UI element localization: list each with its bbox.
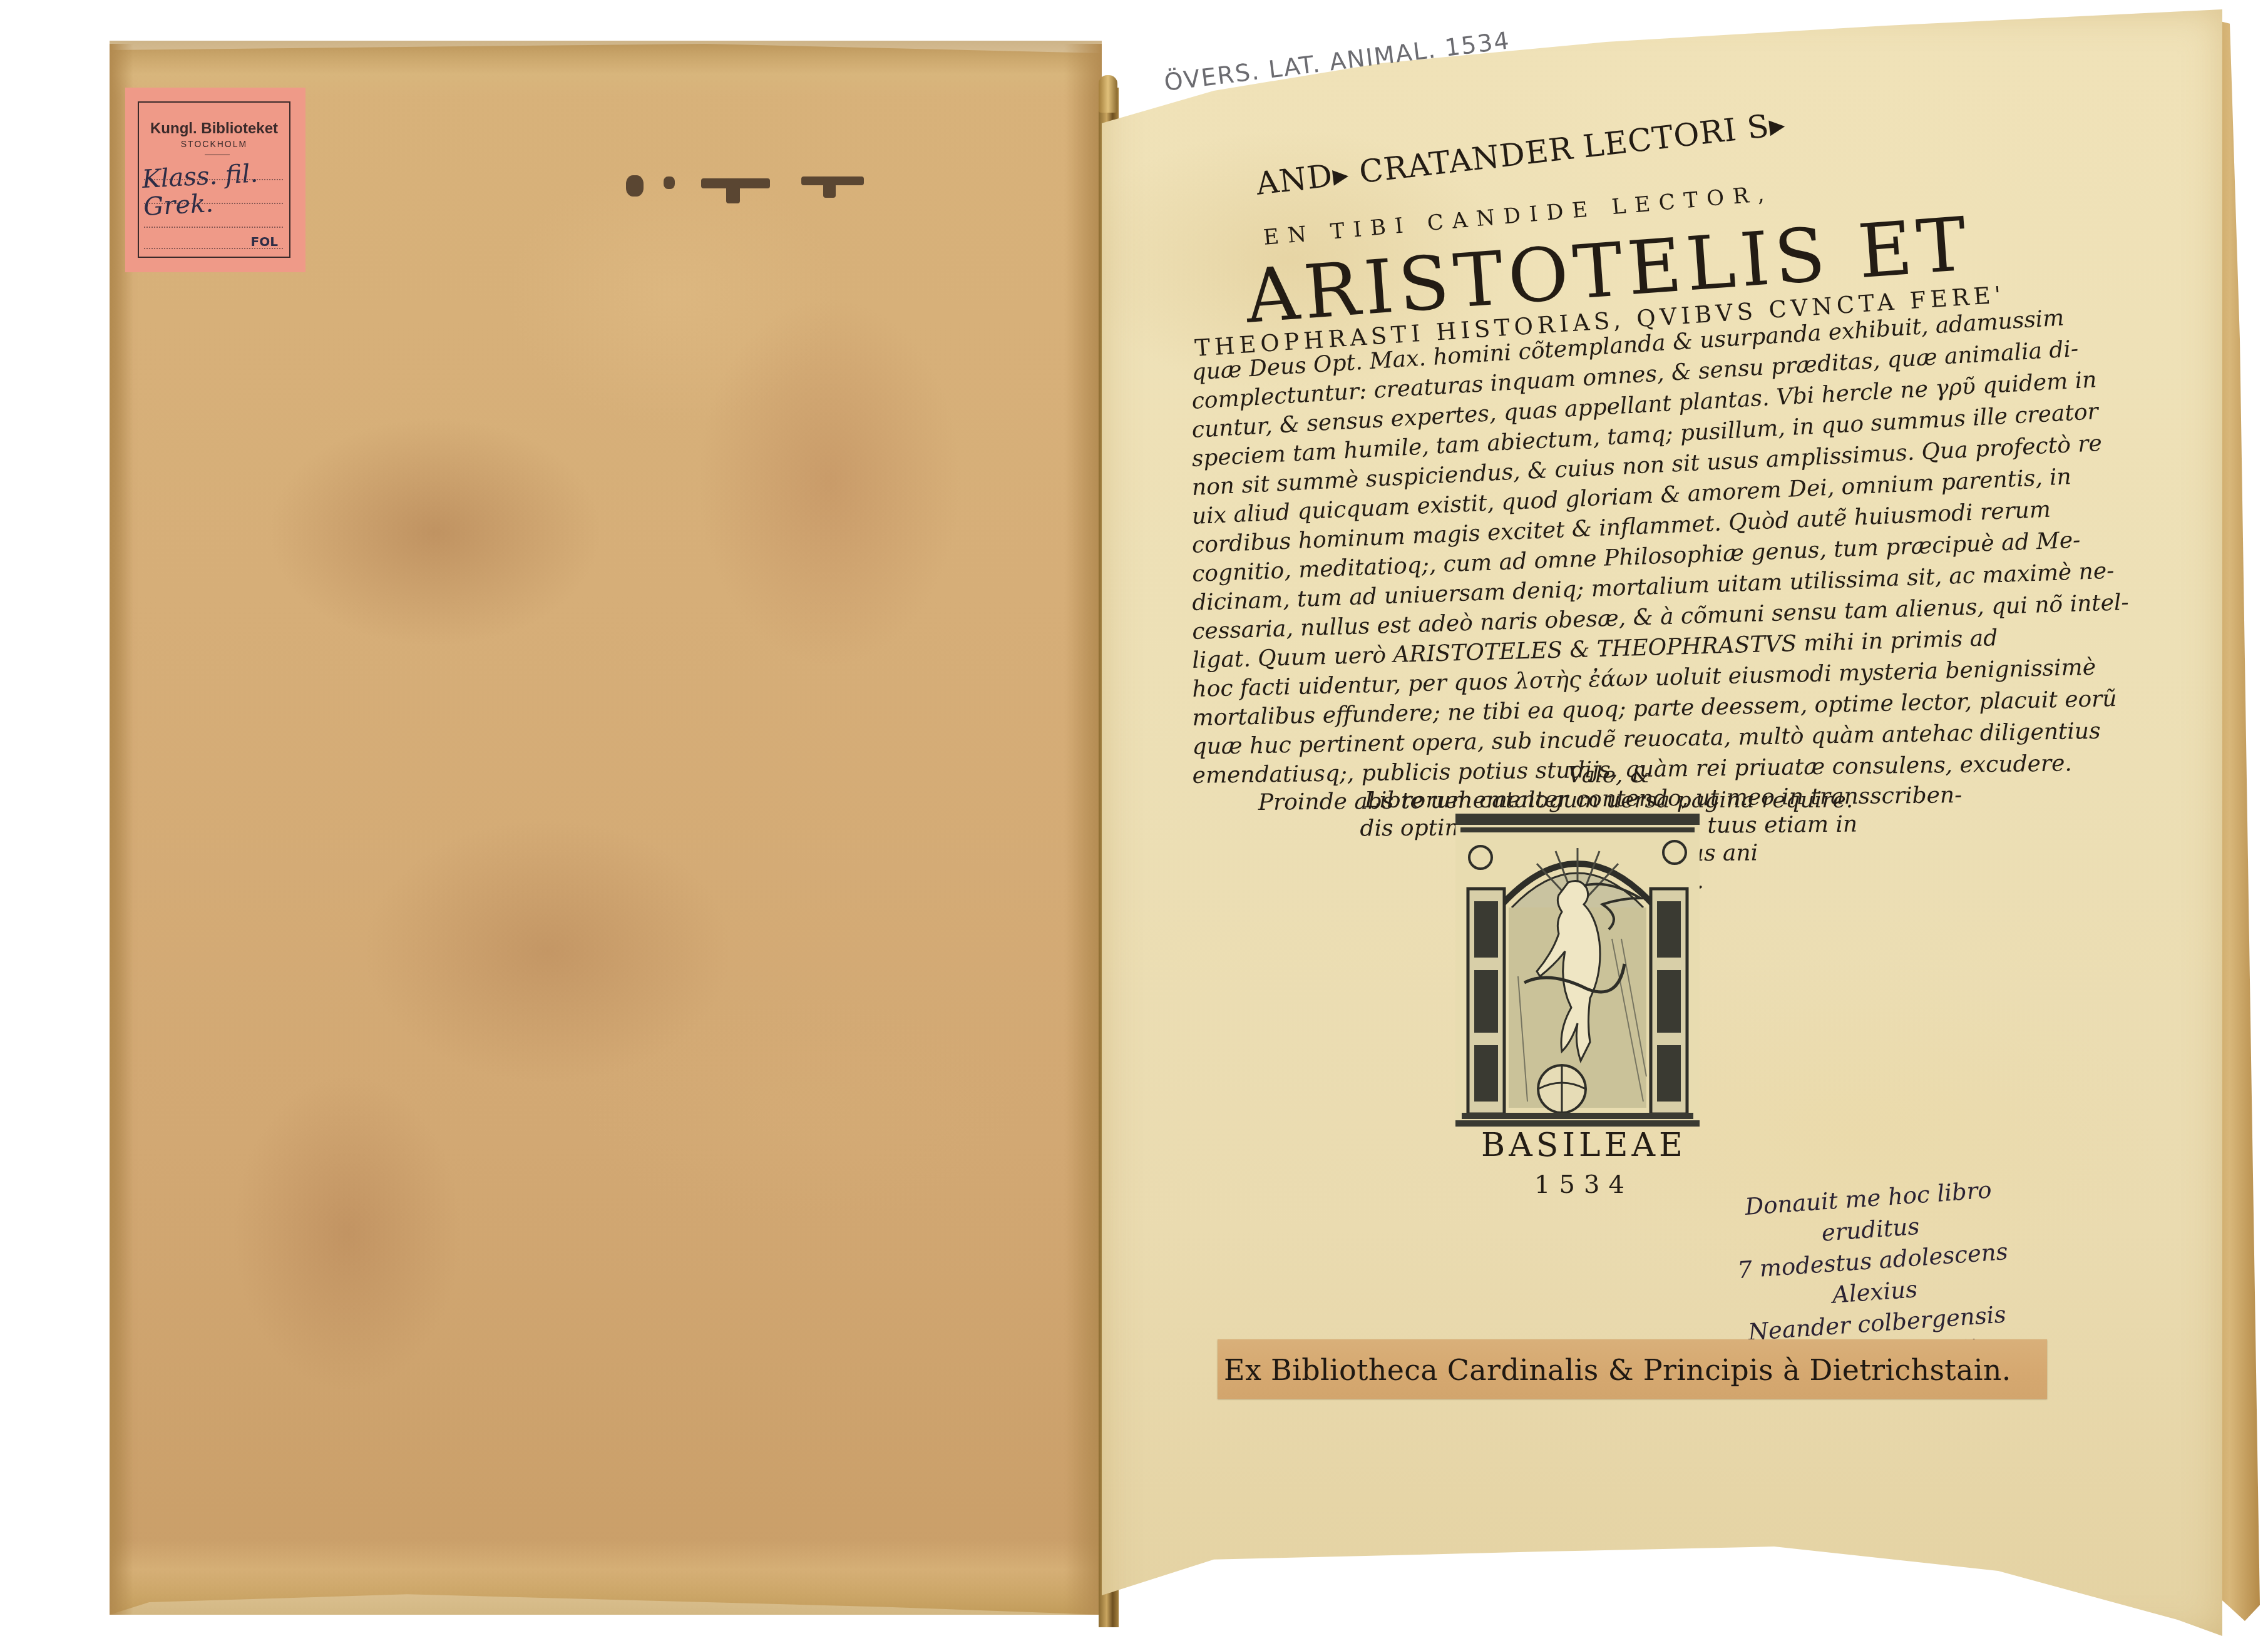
label-frame: Kungl. Biblioteket STOCKHOLM Klass. fil.… — [138, 101, 290, 258]
printers-device-woodcut — [1455, 814, 1700, 1127]
board-bottom-turn-in — [110, 1540, 1102, 1615]
provenance-bookplate: Ex Bibliotheca Cardinalis & Principis à … — [1218, 1339, 2047, 1399]
label-dotted-line — [144, 227, 283, 228]
label-institution: Kungl. Biblioteket — [139, 120, 289, 138]
label-city: STOCKHOLM — [139, 139, 289, 149]
library-label: Kungl. Biblioteket STOCKHOLM Klass. fil.… — [125, 88, 305, 272]
board-left-edge — [110, 44, 133, 1615]
label-format: FOL — [251, 234, 278, 249]
body-line: Librorum catalogum uersa pagina require. — [1258, 787, 1959, 813]
spine-headband — [1099, 75, 1117, 113]
fortuna-woodcut-icon — [1455, 814, 1700, 1127]
damage-mark — [823, 176, 836, 198]
imprint-place: BASILEAE — [1459, 1127, 1709, 1164]
wormhole-mark — [664, 176, 675, 189]
board-hinge-edge — [1064, 44, 1102, 1615]
bookplate-text: Ex Bibliotheca Cardinalis & Principis à … — [1224, 1353, 2011, 1387]
damage-mark — [726, 178, 740, 203]
label-rule — [205, 155, 230, 155]
body-line: Vale, & — [1258, 762, 1959, 788]
left-board-pastedown — [110, 44, 1102, 1615]
imprint-year: 1534 — [1459, 1170, 1709, 1199]
wormhole-mark — [626, 175, 644, 197]
label-handwritten-classmark: Klass. fil. Grek. — [141, 158, 288, 221]
